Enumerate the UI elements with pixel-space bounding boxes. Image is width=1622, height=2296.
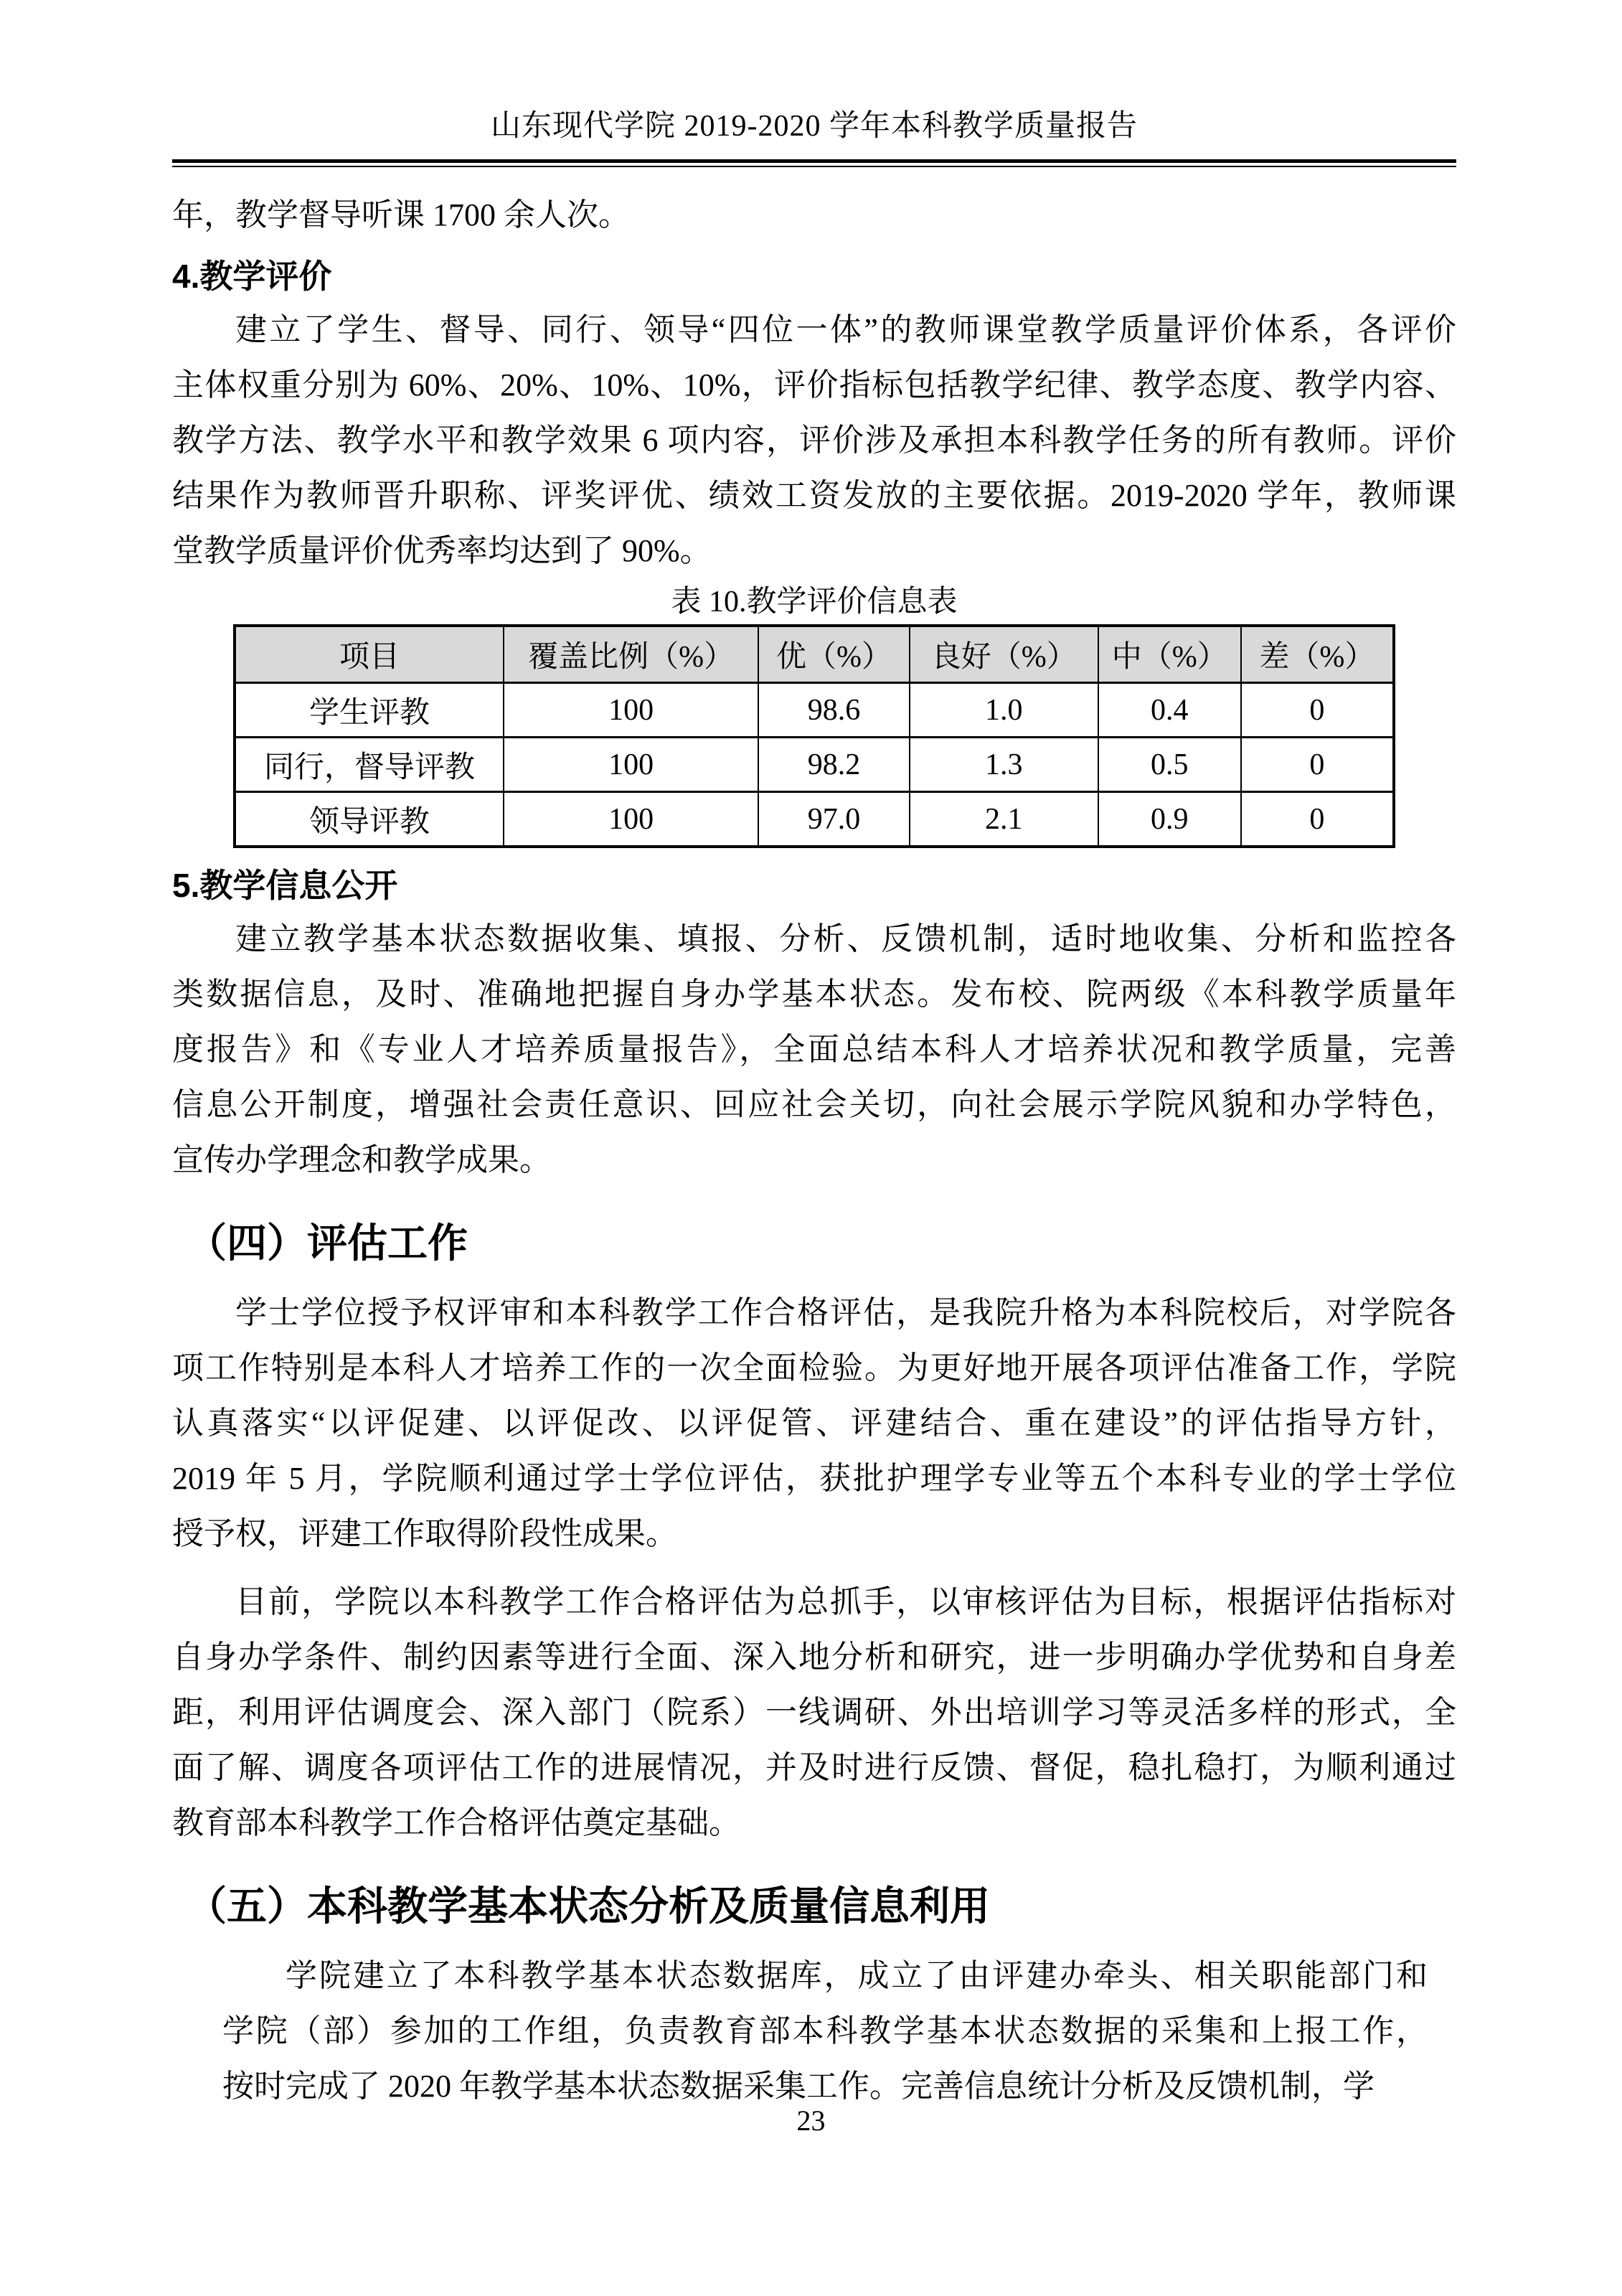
text-line: 2019 年 5 月，学院顺利通过学士学位评估，获批护理学专业等五个本科专业的学… — [172, 1451, 1456, 1506]
page-content: 山东现代学院 2019-2020 学年本科教学质量报告 年，教学督导听课 170… — [0, 0, 1622, 2114]
section-four-paragraph-1: 学士学位授予权评审和本科教学工作合格评估，是我院升格为本科院校后，对学院各项工作… — [172, 1285, 1456, 1561]
table-cell: 领导评教 — [235, 792, 504, 847]
table-cell: 0 — [1241, 683, 1394, 738]
table10-header-cell: 项目 — [235, 626, 504, 683]
table-cell: 0.5 — [1098, 738, 1241, 792]
page-number: 23 — [0, 2102, 1622, 2140]
section-four-heading: （四）评估工作 — [172, 1219, 1456, 1268]
text-line: 距，利用评估调度会、深入部门（院系）一线调研、外出培训学习等灵活多样的形式，全 — [172, 1685, 1456, 1740]
text-line: 授予权，评建工作取得阶段性成果。 — [172, 1506, 1456, 1561]
text-line: 认真落实“以评促建、以评促改、以评促管、评建结合、重在建设”的评估指导方针， — [172, 1396, 1456, 1451]
section-five-paragraph: 学院建立了本科教学基本状态数据库，成立了由评建办牵头、相关职能部门和学院（部）参… — [222, 1948, 1428, 2114]
table-cell: 98.2 — [758, 738, 909, 792]
text-line: 度报告》和《专业人才培养质量报告》，全面总结本科人才培养状况和教学质量，完善 — [172, 1022, 1456, 1077]
text-line: 堂教学质量评价优秀率均达到了 90%。 — [172, 523, 1456, 578]
intro-line: 年，教学督导听课 1700 余人次。 — [172, 192, 1456, 239]
text-line: 目前，学院以本科教学工作合格评估为总抓手，以审核评估为目标，根据评估指标对 — [172, 1574, 1456, 1629]
text-line: 自身办学条件、制约因素等进行全面、深入地分析和研究，进一步明确办学优势和自身差 — [172, 1629, 1456, 1685]
text-line: 学院（部）参加的工作组，负责教育部本科教学基本状态数据的采集和上报工作， — [222, 2003, 1428, 2059]
text-line: 学士学位授予权评审和本科教学工作合格评估，是我院升格为本科院校后，对学院各 — [172, 1285, 1456, 1340]
header-title: 山东现代学院 2019-2020 学年本科教学质量报告 — [172, 108, 1456, 145]
table10-header-cell: 覆盖比例（%） — [504, 626, 759, 683]
table-cell: 97.0 — [758, 792, 909, 847]
text-line: 宣传办学理念和教学成果。 — [172, 1132, 1456, 1187]
text-line: 教学方法、教学水平和教学效果 6 项内容，评价涉及承担本科教学任务的所有教师。评… — [172, 413, 1456, 468]
table10: 项目 覆盖比例（%） 优（%） 良好（%） 中（%） 差（%） 学生评教 100… — [233, 624, 1395, 848]
table10-header-row: 项目 覆盖比例（%） 优（%） 良好（%） 中（%） 差（%） — [235, 626, 1394, 683]
section-5-heading: 5.教学信息公开 — [172, 864, 1456, 907]
text-line: 建立教学基本状态数据收集、填报、分析、反馈机制，适时地收集、分析和监控各 — [172, 911, 1456, 966]
table-cell: 同行，督导评教 — [235, 738, 504, 792]
table-cell: 2.1 — [910, 792, 1098, 847]
table-cell: 学生评教 — [235, 683, 504, 738]
text-line: 建立了学生、督导、同行、领导“四位一体”的教师课堂教学质量评价体系，各评价 — [172, 302, 1456, 357]
table10-header-cell: 优（%） — [758, 626, 909, 683]
text-line: 教育部本科教学工作合格评估奠定基础。 — [172, 1795, 1456, 1850]
table10-caption: 表 10.教学评价信息表 — [172, 584, 1456, 620]
text-line: 学院建立了本科教学基本状态数据库，成立了由评建办牵头、相关职能部门和 — [222, 1948, 1428, 2003]
table-cell: 1.0 — [910, 683, 1098, 738]
table10-header-cell: 差（%） — [1241, 626, 1394, 683]
text-line: 结果作为教师晋升职称、评奖评优、绩效工资发放的主要依据。2019-2020 学年… — [172, 468, 1456, 523]
section-5-paragraph: 建立教学基本状态数据收集、填报、分析、反馈机制，适时地收集、分析和监控各类数据信… — [172, 911, 1456, 1187]
section-four-paragraph-2: 目前，学院以本科教学工作合格评估为总抓手，以审核评估为目标，根据评估指标对自身办… — [172, 1574, 1456, 1850]
table10-header-cell: 良好（%） — [910, 626, 1098, 683]
table-cell: 100 — [504, 792, 759, 847]
table-cell: 0.9 — [1098, 792, 1241, 847]
table-row: 学生评教 100 98.6 1.0 0.4 0 — [235, 683, 1394, 738]
table-cell: 98.6 — [758, 683, 909, 738]
table-row: 领导评教 100 97.0 2.1 0.9 0 — [235, 792, 1394, 847]
section-4-heading: 4.教学评价 — [172, 255, 1456, 298]
section-4-paragraph: 建立了学生、督导、同行、领导“四位一体”的教师课堂教学质量评价体系，各评价主体权… — [172, 302, 1456, 578]
table-cell: 100 — [504, 683, 759, 738]
table-cell: 0.4 — [1098, 683, 1241, 738]
section-five-heading: （五）本科教学基本状态分析及质量信息利用 — [172, 1882, 1456, 1931]
text-line: 类数据信息，及时、准确地把握自身办学基本状态。发布校、院两级《本科教学质量年 — [172, 966, 1456, 1022]
text-line: 面了解、调度各项评估工作的进展情况，并及时进行反馈、督促，稳扎稳打，为顺利通过 — [172, 1740, 1456, 1795]
text-line: 项工作特别是本科人才培养工作的一次全面检验。为更好地开展各项评估准备工作，学院 — [172, 1340, 1456, 1396]
header-rule — [172, 159, 1456, 167]
table10-header-cell: 中（%） — [1098, 626, 1241, 683]
table-cell: 0 — [1241, 792, 1394, 847]
text-line: 信息公开制度，增强社会责任意识、回应社会关切，向社会展示学院风貌和办学特色， — [172, 1077, 1456, 1132]
table-cell: 1.3 — [910, 738, 1098, 792]
document-page: 山东现代学院 2019-2020 学年本科教学质量报告 年，教学督导听课 170… — [0, 0, 1622, 2296]
text-line: 主体权重分别为 60%、20%、10%、10%，评价指标包括教学纪律、教学态度、… — [172, 357, 1456, 413]
table-cell: 100 — [504, 738, 759, 792]
table-cell: 0 — [1241, 738, 1394, 792]
table-row: 同行，督导评教 100 98.2 1.3 0.5 0 — [235, 738, 1394, 792]
